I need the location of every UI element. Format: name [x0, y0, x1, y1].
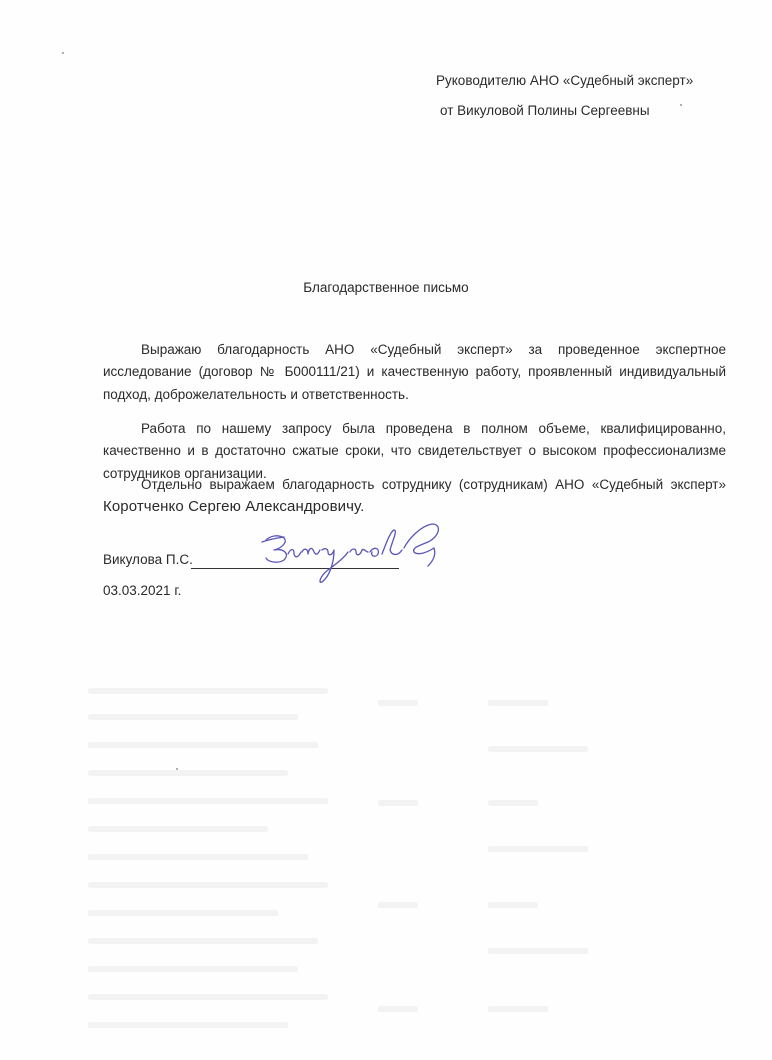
scan-speck [176, 768, 178, 770]
sender-line: от Викуловой Полины Сергеевны [440, 102, 650, 120]
handwritten-signature [258, 518, 448, 588]
employee-thanks-intro: Отдельно выражаем благодарность сотрудни… [141, 477, 726, 492]
scan-speck [680, 104, 682, 106]
document-title: Благодарственное письмо [0, 280, 772, 295]
letter-date: 03.03.2021 г. [103, 583, 181, 598]
signer-name: Викулова П.С. [103, 552, 193, 567]
reverse-side-show-through [88, 680, 748, 1050]
paragraph-gratitude: Выражаю благодарность АНО «Судебный эксп… [103, 339, 726, 406]
scan-speck [62, 52, 64, 54]
employee-name: Коротченко Сергею Александровичу. [103, 498, 364, 515]
letter-page: Руководителю АНО «Судебный эксперт» от В… [0, 0, 772, 1060]
addressee-line: Руководителю АНО «Судебный эксперт» [436, 72, 693, 90]
paragraph-employee-thanks: Отдельно выражаем благодарность сотрудни… [103, 474, 726, 519]
